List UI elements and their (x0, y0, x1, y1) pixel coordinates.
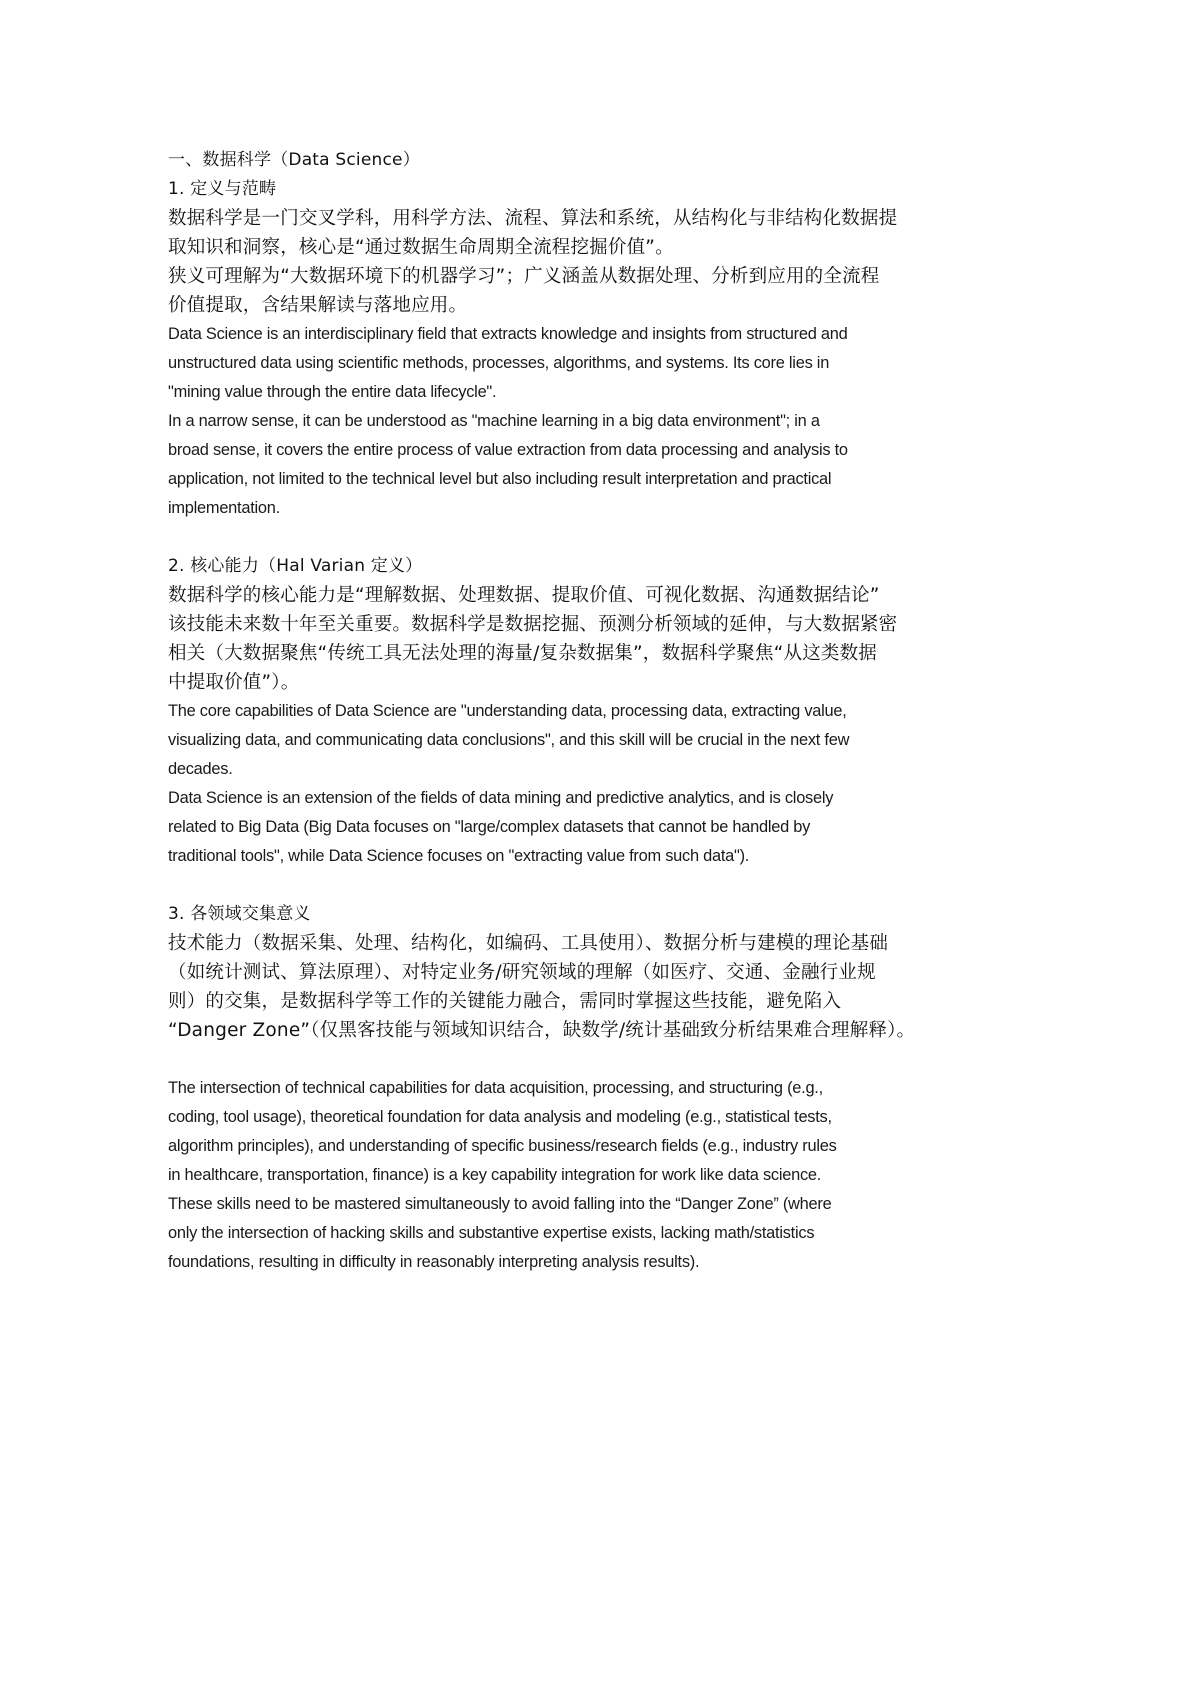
section-2-en-paragraph: The core capabilities of Data Science ar… (168, 697, 940, 871)
en-line: The intersection of technical capabiliti… (168, 1074, 940, 1103)
en-line: In a narrow sense, it can be understood … (168, 407, 940, 436)
paragraph-spacer (168, 871, 940, 900)
zh-line: （如统计测试、算法原理）、对特定业务/研究领域的理解（如医疗、交通、金融行业规 (168, 958, 940, 987)
paragraph-spacer (168, 1045, 940, 1074)
en-line: decades. (168, 755, 940, 784)
section-3-en-paragraph: The intersection of technical capabiliti… (168, 1074, 940, 1277)
en-line: Data Science is an extension of the fiel… (168, 784, 940, 813)
section-1-en-paragraph: Data Science is an interdisciplinary fie… (168, 320, 940, 523)
section-1-zh-paragraph: 数据科学是一门交叉学科，用科学方法、流程、算法和系统，从结构化与非结构化数据提 … (168, 204, 940, 320)
section-3-zh-paragraph: 技术能力（数据采集、处理、结构化，如编码、工具使用）、数据分析与建模的理论基础 … (168, 929, 940, 1045)
section-3-heading: 3. 各领域交集意义 (168, 900, 940, 929)
en-line: traditional tools", while Data Science f… (168, 842, 940, 871)
zh-line: 中提取价值”）。 (168, 668, 940, 697)
en-line: unstructured data using scientific metho… (168, 349, 940, 378)
zh-line: 相关（大数据聚焦“传统工具无法处理的海量/复杂数据集”，数据科学聚焦“从这类数据 (168, 639, 940, 668)
paragraph-spacer (168, 523, 940, 552)
en-line: Data Science is an interdisciplinary fie… (168, 320, 940, 349)
en-line: algorithm principles), and understanding… (168, 1132, 940, 1161)
zh-line: 技术能力（数据采集、处理、结构化，如编码、工具使用）、数据分析与建模的理论基础 (168, 929, 940, 958)
en-line: in healthcare, transportation, finance) … (168, 1161, 940, 1190)
en-line: The core capabilities of Data Science ar… (168, 697, 940, 726)
zh-line: 狭义可理解为“大数据环境下的机器学习”；广义涵盖从数据处理、分析到应用的全流程 (168, 262, 940, 291)
en-line: related to Big Data (Big Data focuses on… (168, 813, 940, 842)
zh-line: 则）的交集，是数据科学等工作的关键能力融合，需同时掌握这些技能，避免陷入 (168, 987, 940, 1016)
zh-line: 取知识和洞察，核心是“通过数据生命周期全流程挖掘价值”。 (168, 233, 940, 262)
section-2-heading: 2. 核心能力（Hal Varian 定义） (168, 552, 940, 581)
en-line: broad sense, it covers the entire proces… (168, 436, 940, 465)
zh-line: 该技能未来数十年至关重要。数据科学是数据挖掘、预测分析领域的延伸，与大数据紧密 (168, 610, 940, 639)
section-1-heading: 1. 定义与范畴 (168, 175, 940, 204)
en-line: These skills need to be mastered simulta… (168, 1190, 940, 1219)
zh-line: “Danger Zone”（仅黑客技能与领域知识结合，缺数学/统计基础致分析结果… (168, 1016, 940, 1045)
en-line: coding, tool usage), theoretical foundat… (168, 1103, 940, 1132)
zh-line: 价值提取，含结果解读与落地应用。 (168, 291, 940, 320)
en-line: only the intersection of hacking skills … (168, 1219, 940, 1248)
en-line: visualizing data, and communicating data… (168, 726, 940, 755)
zh-line: 数据科学的核心能力是“理解数据、处理数据、提取价值、可视化数据、沟通数据结论” (168, 581, 940, 610)
en-line: implementation. (168, 494, 940, 523)
zh-line: 数据科学是一门交叉学科，用科学方法、流程、算法和系统，从结构化与非结构化数据提 (168, 204, 940, 233)
document-page: 一、数据科学（Data Science） 1. 定义与范畴 数据科学是一门交叉学… (168, 146, 940, 1277)
en-line: foundations, resulting in difficulty in … (168, 1248, 940, 1277)
en-line: "mining value through the entire data li… (168, 378, 940, 407)
section-2-zh-paragraph: 数据科学的核心能力是“理解数据、处理数据、提取价值、可视化数据、沟通数据结论” … (168, 581, 940, 697)
en-line: application, not limited to the technica… (168, 465, 940, 494)
document-title: 一、数据科学（Data Science） (168, 146, 940, 175)
